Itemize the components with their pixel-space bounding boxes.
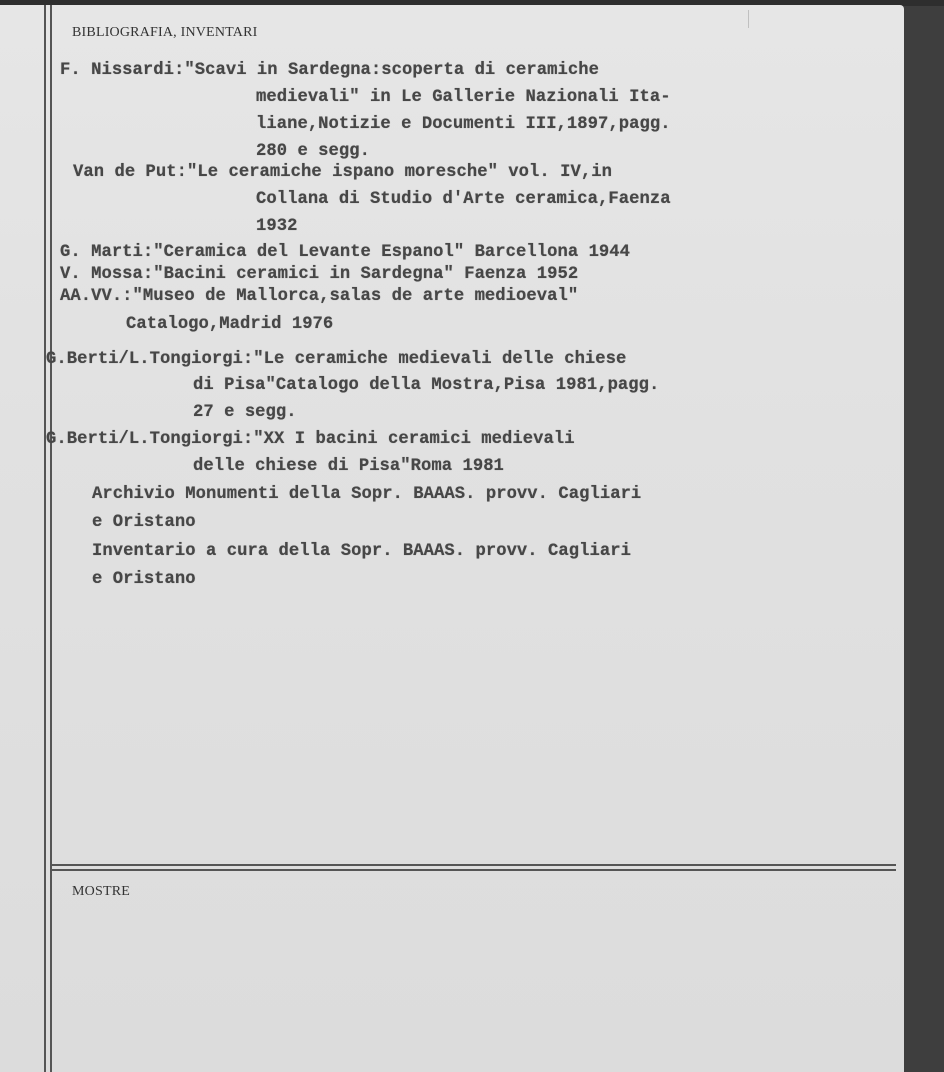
section-title-bibliografia: BIBLIOGRAFIA, INVENTARI: [72, 25, 257, 41]
bib-line: G.Berti/L.Tongiorgi:"XX I bacini ceramic…: [46, 430, 575, 449]
bib-line: F. Nissardi:"Scavi in Sardegna:scoperta …: [60, 61, 599, 80]
bib-line: Van de Put:"Le ceramiche ispano moresche…: [73, 163, 612, 182]
bib-line: Inventario a cura della Sopr. BAAAS. pro…: [92, 542, 631, 561]
bib-line: e Oristano: [92, 513, 196, 532]
bib-line: AA.VV.:"Museo de Mallorca,salas de arte …: [60, 287, 578, 306]
bib-line: liane,Notizie e Documenti III,1897,pagg.: [256, 115, 671, 134]
bib-line: di Pisa"Catalogo della Mostra,Pisa 1981,…: [193, 376, 659, 395]
bib-line: Collana di Studio d'Arte ceramica,Faenza: [256, 190, 671, 209]
bib-line: delle chiese di Pisa"Roma 1981: [193, 457, 504, 476]
bib-line: Catalogo,Madrid 1976: [126, 315, 333, 334]
bib-line: 1932: [256, 217, 297, 236]
paper-mark: [748, 10, 749, 28]
bib-line: e Oristano: [92, 570, 196, 589]
bib-line: G.Berti/L.Tongiorgi:"Le ceramiche mediev…: [46, 350, 626, 369]
bib-line: Archivio Monumenti della Sopr. BAAAS. pr…: [92, 485, 641, 504]
bib-line: V. Mossa:"Bacini ceramici in Sardegna" F…: [60, 265, 578, 284]
section-divider-top: [52, 864, 896, 866]
section-title-mostre: MOSTRE: [72, 884, 130, 900]
bib-line: medievali" in Le Gallerie Nazionali Ita-: [256, 88, 671, 107]
bib-line: G. Marti:"Ceramica del Levante Espanol" …: [60, 243, 630, 262]
bib-line: 280 e segg.: [256, 142, 370, 161]
bib-line: 27 e segg.: [193, 403, 297, 422]
margin-rule-left: [44, 5, 46, 1072]
margin-rule-right: [50, 5, 52, 1072]
section-divider-bottom: [52, 869, 896, 871]
catalog-card: BIBLIOGRAFIA, INVENTARI F. Nissardi:"Sca…: [0, 5, 904, 1072]
